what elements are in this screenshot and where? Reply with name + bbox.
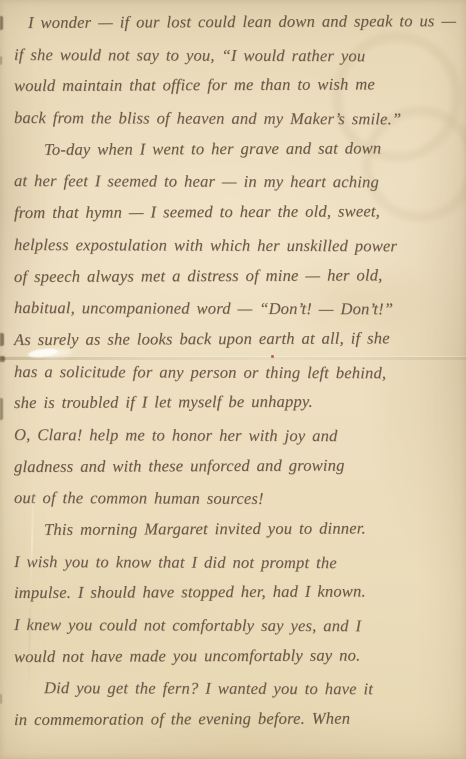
letter-line: helpless expostulation with which her un…: [14, 229, 460, 262]
letter-line: of speech always met a distress of mine …: [14, 259, 460, 293]
letter-line: from that hymn — I seemed to hear the ol…: [14, 195, 460, 229]
ink-speck: [271, 355, 274, 358]
letter-page: I wonder — if our lost could lean down a…: [0, 0, 466, 759]
letter-line: she is troubled if I let myself be unhap…: [14, 385, 460, 419]
edge-tear-mark: [0, 56, 2, 65]
edge-tear-mark: [0, 333, 4, 346]
letter-line: at her feet I seemed to hear — in my hea…: [14, 165, 460, 198]
fold-crease: [0, 356, 466, 360]
letter-line: impulse. I should have stopped her, had …: [14, 575, 460, 609]
letter-body: I wonder — if our lost could lean down a…: [0, 0, 466, 736]
letter-line: To-day when I went to her grave and sat …: [14, 132, 460, 166]
letter-line: in commemoration of the evening before. …: [14, 702, 460, 736]
letter-line: This morning Margaret invited you to din…: [14, 512, 460, 546]
letter-line: would maintain that office for me than t…: [14, 68, 460, 102]
edge-tear-mark: [0, 356, 5, 362]
letter-line: As surely as she looks back upon earth a…: [14, 322, 460, 356]
edge-tear-mark: [0, 398, 3, 420]
edge-tear-mark: [0, 694, 2, 704]
letter-line: I wish you to know that I did not prompt…: [14, 546, 460, 579]
letter-line: Did you get the fern? I wanted you to ha…: [14, 672, 460, 705]
letter-line: habitual, uncompanioned word — “Don’t! —…: [14, 292, 460, 325]
letter-line: back from the bliss of heaven and my Mak…: [14, 102, 460, 135]
letter-line: would not have made you uncomfortably sa…: [14, 639, 460, 673]
letter-line: I wonder — if our lost could lean down a…: [14, 5, 460, 39]
letter-line: gladness and with these unforced and gro…: [14, 449, 460, 483]
letter-line: has a solicitude for any person or thing…: [14, 356, 460, 389]
letter-line: I knew you could not comfortably say yes…: [14, 609, 460, 642]
letter-line: if she would not say to you, “I would ra…: [14, 39, 460, 72]
letter-line: out of the common human sources!: [14, 482, 460, 515]
edge-tear-mark: [0, 16, 3, 30]
letter-line: O, Clara! help me to honor her with joy …: [14, 419, 460, 452]
